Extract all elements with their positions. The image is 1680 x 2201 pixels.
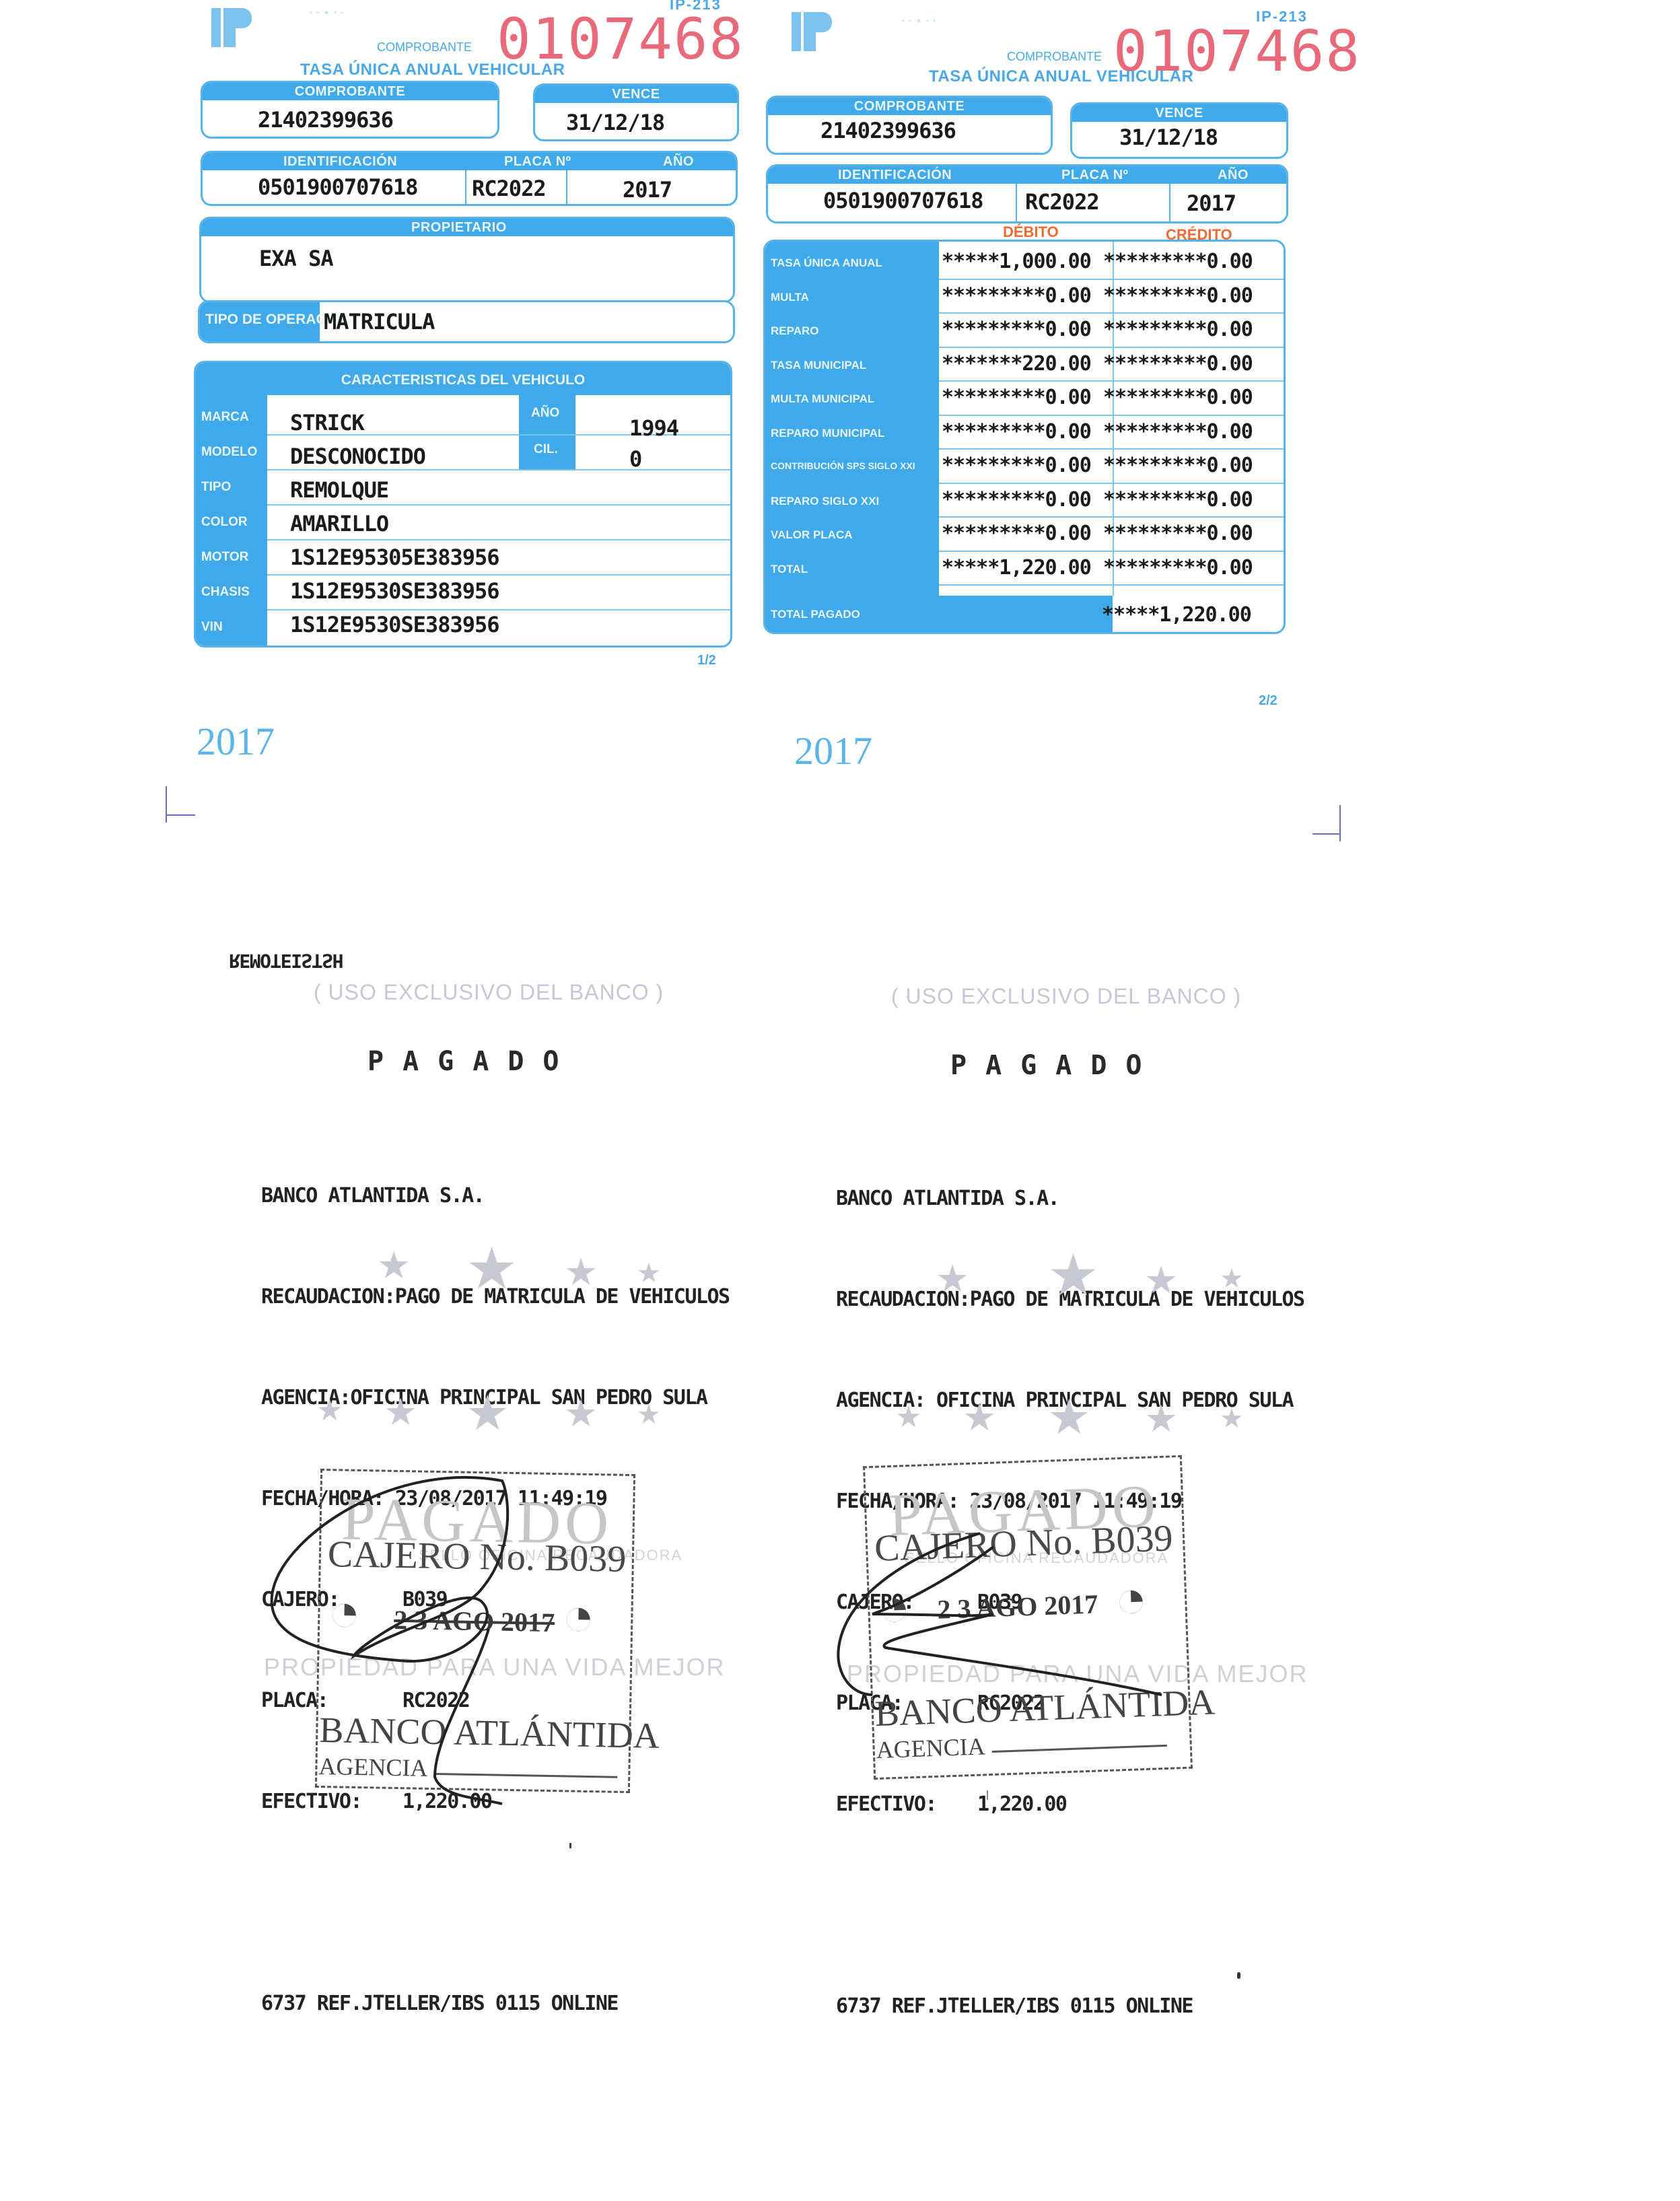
debito-header: DÉBITO: [1003, 223, 1059, 241]
vence-label: VENCE: [535, 85, 737, 103]
vence-value: 31/12/18: [1119, 125, 1218, 150]
scan-speck: [1237, 1972, 1240, 1979]
scan-speck: [569, 1843, 571, 1848]
charge-label: VALOR PLACA: [771, 528, 853, 542]
vehicle-ano-label: AÑO: [531, 406, 559, 421]
marca-label: MARCA: [201, 410, 249, 425]
charge-debito: *********0.00: [942, 488, 1091, 512]
vehicle-header: CARACTERISTICAS DEL VEHICULO: [196, 363, 730, 395]
comprobante-label: COMPROBANTE: [203, 83, 497, 100]
star-icon: ★: [1047, 1247, 1099, 1304]
star-icon: ★: [936, 1260, 969, 1298]
charge-debito: *********0.00: [942, 318, 1091, 341]
ano-label: AÑO: [1218, 166, 1249, 184]
tipo-value: REMOLQUE: [290, 477, 388, 503]
star-icon: ★: [316, 1396, 343, 1426]
vin-label: VIN: [201, 620, 223, 635]
serial-label: COMPROBANTE: [377, 40, 472, 55]
crop-mark: [1312, 833, 1341, 835]
charge-credito: *********0.00: [1103, 386, 1253, 409]
modelo-value: DESCONOCIDO: [290, 444, 425, 469]
star-icon: ★: [637, 1401, 661, 1428]
placa-label: PLACA Nº: [504, 153, 571, 170]
charge-label: MULTA MUNICIPAL: [771, 392, 874, 406]
crop-mark: [166, 814, 195, 816]
propietario-value: EXA SA: [259, 246, 333, 271]
comprobante-label: COMPROBANTE: [768, 98, 1051, 115]
vence-box: VENCE 31/12/18: [1070, 102, 1288, 159]
vehicle-cil-label: CIL.: [534, 442, 558, 457]
charge-debito: *******220.00: [942, 352, 1091, 376]
charge-label: REPARO SIGLO XXI: [771, 495, 879, 508]
pagado-heading: PAGADO: [950, 1050, 1161, 1081]
charge-credito: *********0.00: [1103, 488, 1253, 512]
form-title: TASA ÚNICA ANUAL VEHICULAR: [929, 67, 1193, 86]
uso-exclusivo-banco: ( USO EXCLUSIVO DEL BANCO ): [891, 984, 1241, 1009]
marca-value: STRICK: [290, 410, 364, 435]
page-indicator-right: 2/2: [1259, 693, 1277, 709]
star-icon: ★: [895, 1403, 921, 1432]
chasis-value: 1S12E9530SE383956: [290, 578, 499, 604]
star-icon: ★: [564, 1253, 598, 1291]
identificacion-value: 0501900707618: [823, 188, 983, 213]
logo-stars: • • ★ • •: [902, 18, 937, 25]
propietario-label: PROPIETARIO: [201, 219, 733, 236]
motor-label: MOTOR: [201, 550, 248, 565]
crop-mark: [166, 786, 167, 823]
charge-debito: *********0.00: [942, 386, 1091, 409]
star-icon: ★: [384, 1393, 417, 1431]
stamp-agencia: AGENCIA: [876, 1732, 985, 1764]
total-pagado-label: TOTAL PAGADO: [771, 608, 860, 621]
modelo-label: MODELO: [201, 445, 257, 460]
color-label: COLOR: [201, 515, 248, 530]
crop-mark: [1339, 805, 1341, 841]
placa-value: RC2022: [1025, 189, 1099, 215]
ip-logo-icon: [786, 7, 840, 54]
signature-right: [832, 1527, 1182, 1702]
star-icon: ★: [564, 1395, 598, 1432]
tipo-operacion-value: MATRICULA: [324, 309, 434, 335]
star-icon: ★: [466, 1240, 518, 1298]
charge-credito: *********0.00: [1103, 420, 1253, 444]
logo-stars: • • ★ • •: [310, 9, 345, 17]
tipo-label: TIPO: [201, 480, 231, 495]
efectivo-value: 1,220.00: [977, 1792, 1067, 1816]
serial-label: COMPROBANTE: [1007, 50, 1102, 64]
motor-value: 1S12E95305E383956: [290, 545, 499, 570]
charge-credito: *********0.00: [1103, 284, 1253, 308]
star-icon: ★: [1220, 1405, 1244, 1432]
uso-exclusivo-banco: ( USO EXCLUSIVO DEL BANCO ): [314, 980, 664, 1005]
propietario-box: PROPIETARIO EXA SA: [199, 217, 735, 303]
star-icon: ★: [1144, 1400, 1178, 1438]
comprobante-value: 21402399636: [820, 118, 956, 143]
charge-debito: *********0.00: [942, 284, 1091, 308]
receipt-ref: 6737 REF.JTELLER/IBS 0115 ONLINE: [261, 1987, 730, 2021]
star-icon: ★: [1144, 1261, 1178, 1299]
ano-label: AÑO: [663, 153, 694, 170]
charge-credito: *********0.00: [1103, 250, 1253, 273]
vence-label: VENCE: [1072, 104, 1286, 122]
page-indicator-left: 1/2: [697, 653, 716, 668]
charge-label: TASA ÚNICA ANUAL: [771, 256, 882, 270]
charge-credito: *********0.00: [1103, 318, 1253, 341]
star-icon: ★: [1220, 1265, 1244, 1292]
star-icon: ★: [466, 1389, 510, 1438]
charge-debito: *********0.00: [942, 454, 1091, 477]
identificacion-label: IDENTIFICACIÓN: [283, 153, 397, 170]
identificacion-value: 0501900707618: [258, 174, 417, 200]
upside-down-fragment: REMOTEISTSH: [229, 944, 343, 977]
placa-label: PLACA Nº: [1061, 166, 1128, 184]
year-watermark-right: 2017: [794, 728, 872, 773]
receipt-bank: BANCO ATLANTIDA S.A.: [261, 1179, 730, 1213]
pagado-heading: PAGADO: [367, 1046, 578, 1077]
efectivo-label: EFECTIVO:: [836, 1788, 977, 1821]
charge-label: REPARO: [771, 324, 818, 338]
charge-debito: *****1,000.00: [942, 250, 1091, 273]
star-icon: ★: [377, 1247, 411, 1284]
charges-table: TOTAL PAGADO *****1,220.00 TASA ÚNICA AN…: [763, 240, 1286, 634]
ano-value: 2017: [1187, 190, 1236, 216]
charge-label: REPARO MUNICIPAL: [771, 427, 884, 440]
ip-logo-icon: [206, 3, 260, 50]
charge-debito: *********0.00: [942, 522, 1091, 545]
vence-value: 31/12/18: [566, 110, 664, 135]
charge-label: CONTRIBUCIÓN SPS SIGLO XXI: [771, 460, 915, 471]
chasis-label: CHASIS: [201, 585, 250, 600]
charge-debito: *********0.00: [942, 420, 1091, 444]
identificacion-box: IDENTIFICACIÓN PLACA Nº AÑO 050190070761…: [201, 151, 738, 206]
comprobante-value: 21402399636: [258, 107, 393, 133]
scan-speck: [987, 1790, 988, 1800]
color-value: AMARILLO: [290, 511, 388, 536]
total-pagado-value: *****1,220.00: [1102, 603, 1251, 627]
charge-label: MULTA: [771, 291, 809, 304]
vence-box: VENCE 31/12/18: [533, 83, 739, 141]
form-title: TASA ÚNICA ANUAL VEHICULAR: [300, 61, 565, 79]
receipt-ref: 6737 REF.JTELLER/IBS 0115 ONLINE: [836, 1990, 1304, 2023]
signature-left: [260, 1454, 569, 1804]
receipt-bank: BANCO ATLANTIDA S.A.: [836, 1182, 1304, 1216]
comprobante-box: COMPROBANTE 21402399636: [766, 96, 1053, 155]
year-watermark-left: 2017: [197, 719, 275, 764]
comprobante-box: COMPROBANTE 21402399636: [201, 81, 499, 139]
placa-value: RC2022: [472, 176, 546, 201]
tipo-operacion-box: TIPO DE OPERACIÓN MATRICULA: [198, 300, 735, 343]
charge-credito: *********0.00: [1103, 454, 1253, 477]
cil-value: 0: [629, 446, 641, 472]
vehicle-ano-value: 1994: [629, 415, 678, 441]
vehicle-characteristics: CARACTERISTICAS DEL VEHICULO MARCA MODEL…: [194, 361, 732, 648]
star-icon: ★: [1047, 1393, 1091, 1442]
identificacion-box: IDENTIFICACIÓN PLACA Nº AÑO 050190070761…: [766, 164, 1288, 223]
charge-credito: *********0.00: [1103, 522, 1253, 545]
star-icon: ★: [963, 1399, 996, 1436]
star-icon: ★: [637, 1260, 661, 1287]
charge-credito: *********0.00: [1103, 556, 1253, 580]
vin-value: 1S12E9530SE383956: [290, 612, 499, 637]
charge-label: TASA MUNICIPAL: [771, 359, 866, 372]
charge-debito: *****1,220.00: [942, 556, 1091, 580]
charge-label: TOTAL: [771, 563, 808, 576]
ano-value: 2017: [623, 177, 672, 203]
serial-number: 0107468: [497, 11, 744, 67]
identificacion-label: IDENTIFICACIÓN: [838, 166, 952, 184]
charge-credito: *********0.00: [1103, 352, 1253, 376]
